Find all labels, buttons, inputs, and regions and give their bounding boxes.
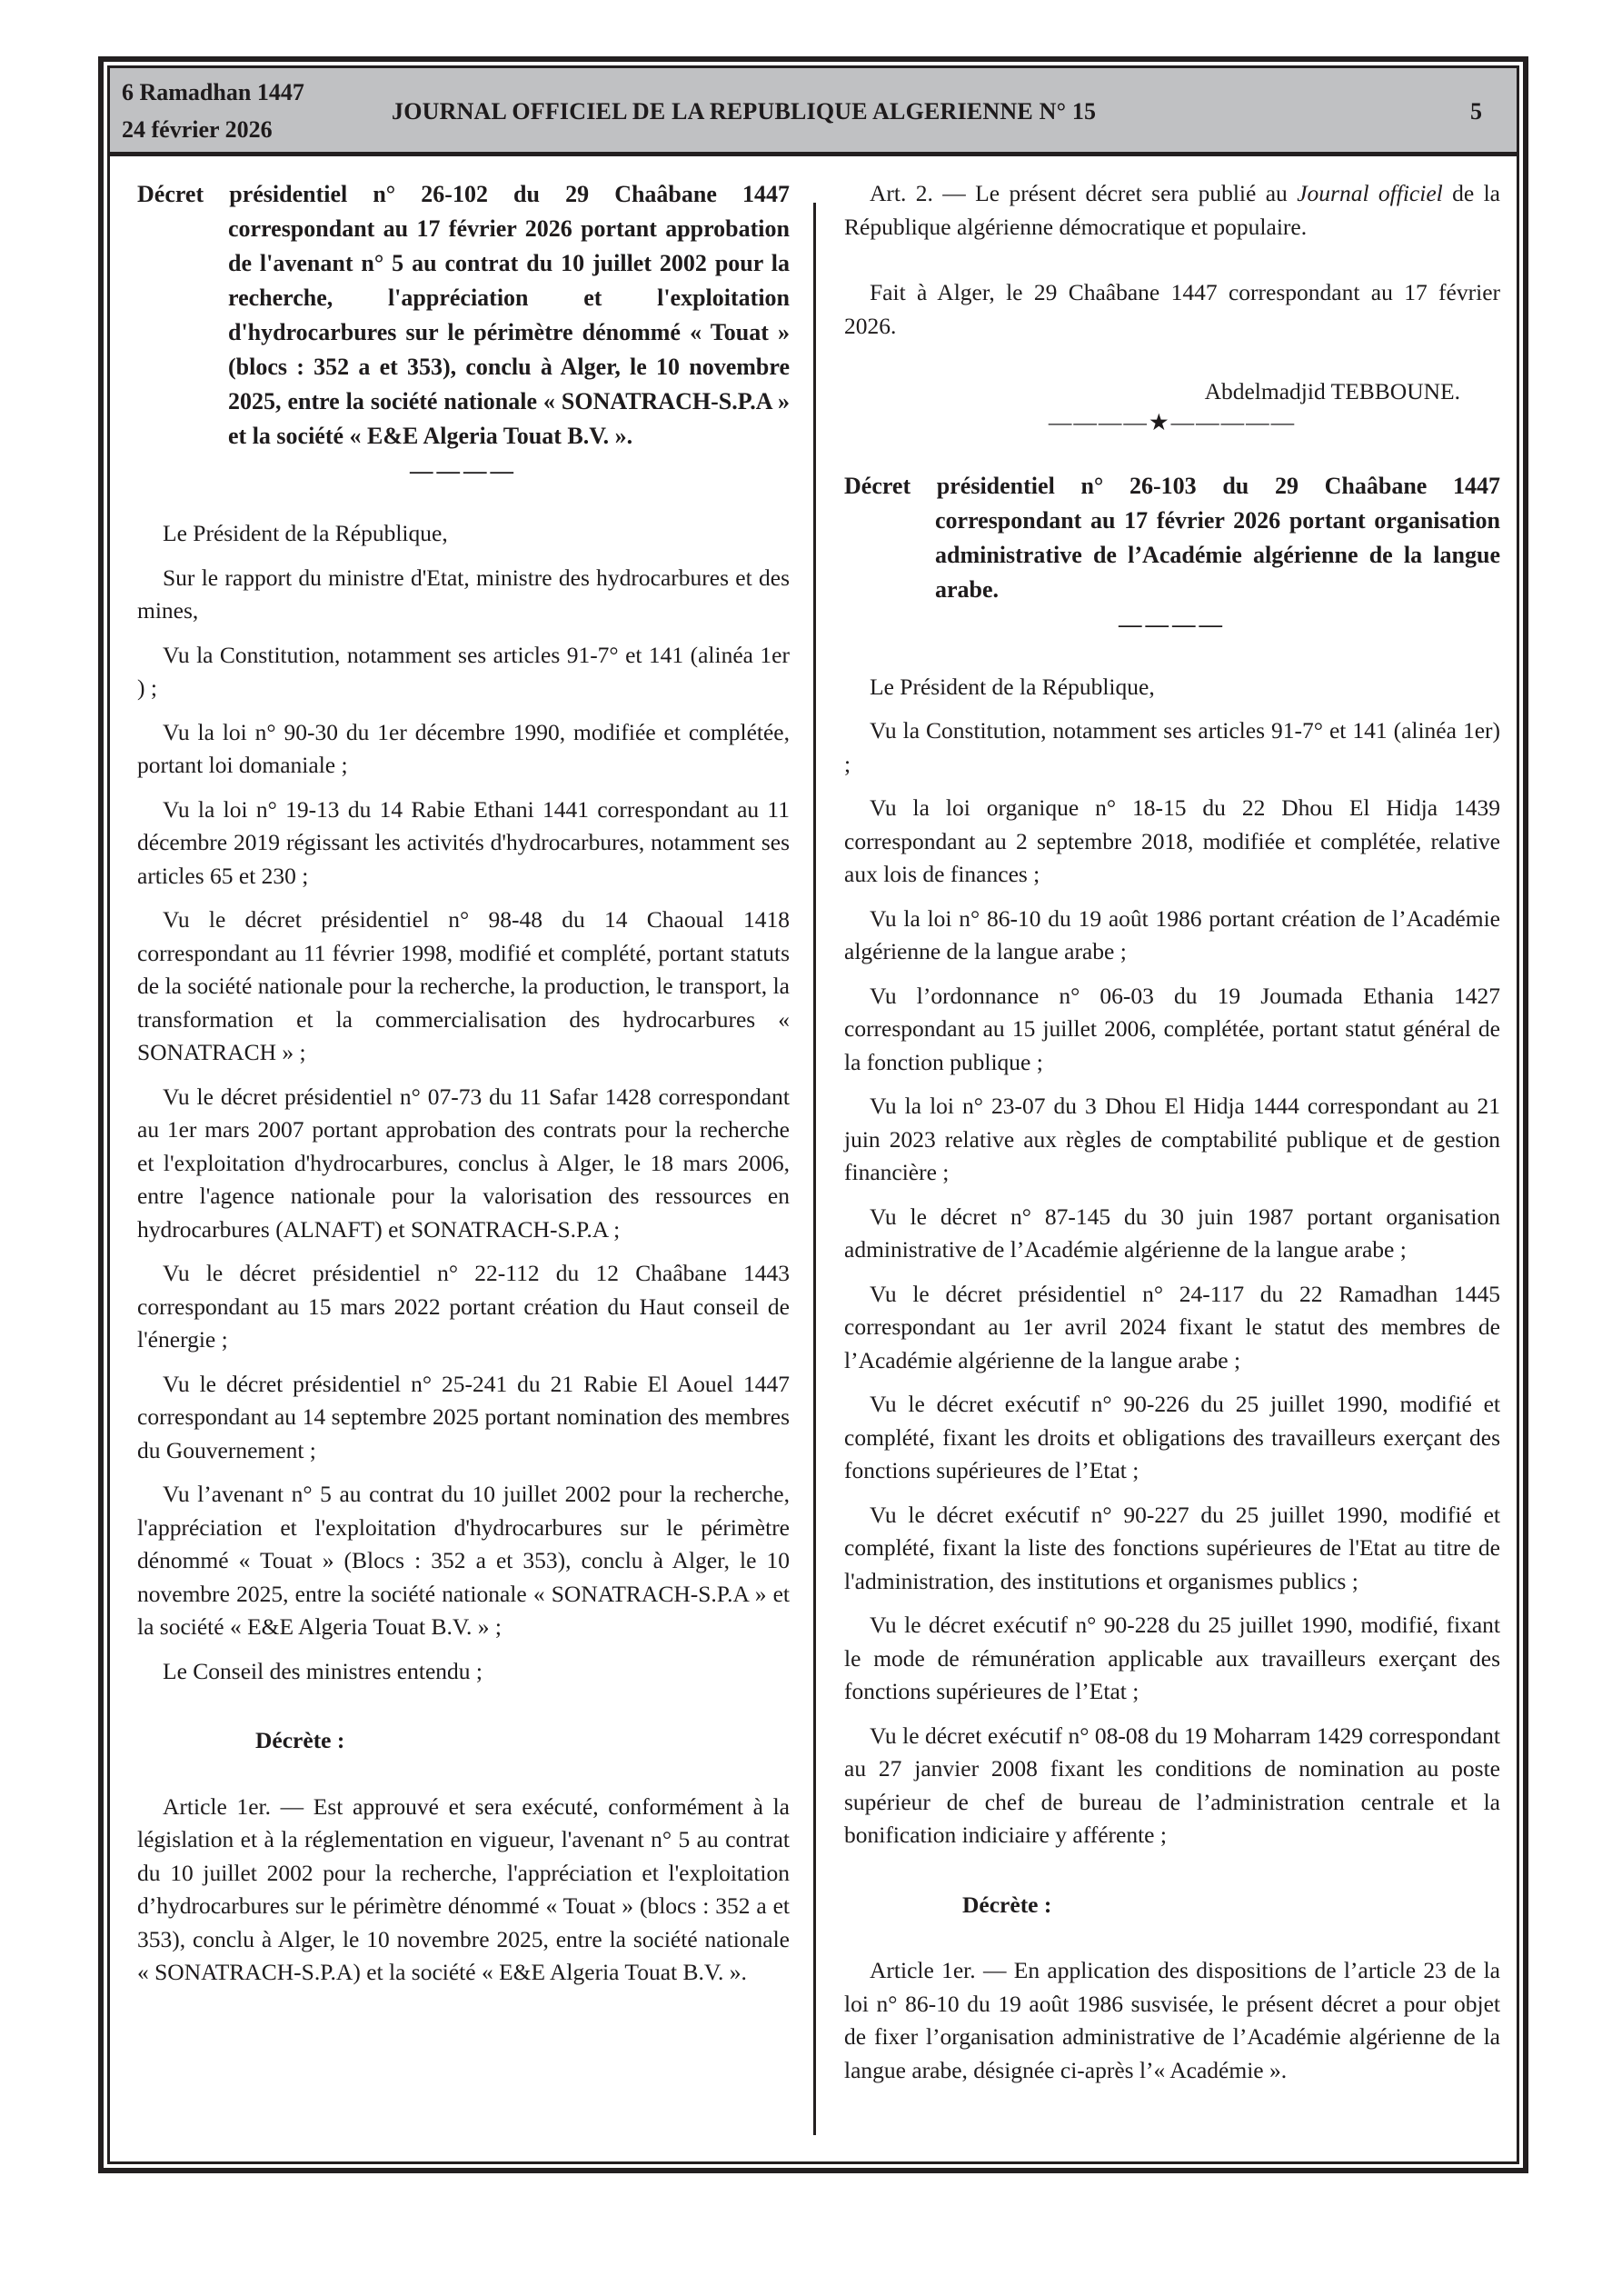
decree-1-paragraph: Vu la loi n° 90-30 du 1er décembre 1990,… — [137, 716, 790, 783]
header-hijri-date: 6 Ramadhan 1447 — [122, 76, 304, 109]
decree-1-done-at: Fait à Alger, le 29 Chaâbane 1447 corres… — [844, 276, 1500, 343]
page-frame: 6 Ramadhan 1447 24 février 2026 JOURNAL … — [98, 56, 1528, 2173]
decree-2-paragraph: Vu le décret exécutif n° 90-228 du 25 ju… — [844, 1609, 1500, 1709]
article-2-journal-officiel: Journal officiel — [1297, 180, 1443, 206]
decree-end-separator: ————★————— — [844, 409, 1500, 436]
decree-2-paragraph: Vu la loi n° 23-07 du 3 Dhou El Hidja 14… — [844, 1090, 1500, 1190]
decree-1-decrete-label: Décrète : — [137, 1724, 790, 1758]
decree-2-paragraph: Vu le décret n° 87-145 du 30 juin 1987 p… — [844, 1201, 1500, 1267]
decree-2-title-separator: ———— — [844, 611, 1500, 638]
decree-2-paragraph: Vu la loi organique n° 18-15 du 22 Dhou … — [844, 792, 1500, 892]
decree-2-article-1: Article 1er. — En application des dispos… — [844, 1954, 1500, 2087]
decree-1-title: Décret présidentiel n° 26-102 du 29 Chaâ… — [137, 177, 790, 454]
decree-2-paragraph: Vu la loi n° 86-10 du 19 août 1986 porta… — [844, 903, 1500, 969]
decree-1-paragraph: Vu l’avenant n° 5 au contrat du 10 juill… — [137, 1478, 790, 1644]
decree-1-paragraph: Le Conseil des ministres entendu ; — [137, 1655, 790, 1689]
decree-2-paragraph: Vu le décret exécutif n° 90-227 du 25 ju… — [844, 1499, 1500, 1599]
right-column: Art. 2. — Le présent décret sera publié … — [844, 177, 1500, 2098]
decree-1-paragraph: Sur le rapport du ministre d'Etat, minis… — [137, 562, 790, 628]
decree-1-paragraph: Le Président de la République, — [137, 517, 790, 551]
decree-2-paragraph: Vu le décret exécutif n° 90-226 du 25 ju… — [844, 1388, 1500, 1488]
decree-1-signature: Abdelmadjid TEBBOUNE. — [844, 375, 1500, 409]
decree-2-paragraph: Le Président de la République, — [844, 671, 1500, 704]
decree-2-paragraph: Vu le décret exécutif n° 08-08 du 19 Moh… — [844, 1720, 1500, 1852]
header-gregorian-date: 24 février 2026 — [122, 114, 273, 146]
decree-1-title-separator: ———— — [137, 457, 790, 484]
page-number: 5 — [1470, 95, 1482, 128]
decree-2-paragraph: Vu l’ordonnance n° 06-03 du 19 Joumada E… — [844, 980, 1500, 1080]
decree-1-paragraph: Vu le décret présidentiel n° 22-112 du 1… — [137, 1257, 790, 1357]
decree-1-paragraph: Vu le décret présidentiel n° 07-73 du 11… — [137, 1081, 790, 1247]
journal-title: JOURNAL OFFICIEL DE LA REPUBLIQUE ALGERI… — [392, 95, 1096, 128]
left-column: Décret présidentiel n° 26-102 du 29 Chaâ… — [137, 177, 790, 2001]
decree-1-paragraph: Vu la loi n° 19-13 du 14 Rabie Ethani 14… — [137, 794, 790, 893]
decree-2-decrete-label: Décrète : — [844, 1889, 1500, 1922]
page-header: 6 Ramadhan 1447 24 février 2026 JOURNAL … — [110, 68, 1517, 156]
decree-1-paragraph: Vu la Constitution, notamment ses articl… — [137, 639, 790, 705]
decree-2-paragraph: Vu le décret présidentiel n° 24-117 du 2… — [844, 1278, 1500, 1378]
article-2-prefix: Art. 2. — Le présent décret sera publié … — [870, 180, 1297, 206]
decree-1-paragraph: Vu le décret présidentiel n° 98-48 du 14… — [137, 903, 790, 1070]
decree-1-article-2: Art. 2. — Le présent décret sera publié … — [844, 177, 1500, 244]
column-divider — [813, 203, 816, 2135]
decree-2-paragraph: Vu la Constitution, notamment ses articl… — [844, 714, 1500, 781]
page-inner-frame: 6 Ramadhan 1447 24 février 2026 JOURNAL … — [107, 65, 1519, 2164]
decree-1-paragraph: Vu le décret présidentiel n° 25-241 du 2… — [137, 1368, 790, 1468]
decree-2-title: Décret présidentiel n° 26-103 du 29 Chaâ… — [844, 469, 1500, 607]
decree-1-article-1: Article 1er. — Est approuvé et sera exéc… — [137, 1791, 790, 1990]
